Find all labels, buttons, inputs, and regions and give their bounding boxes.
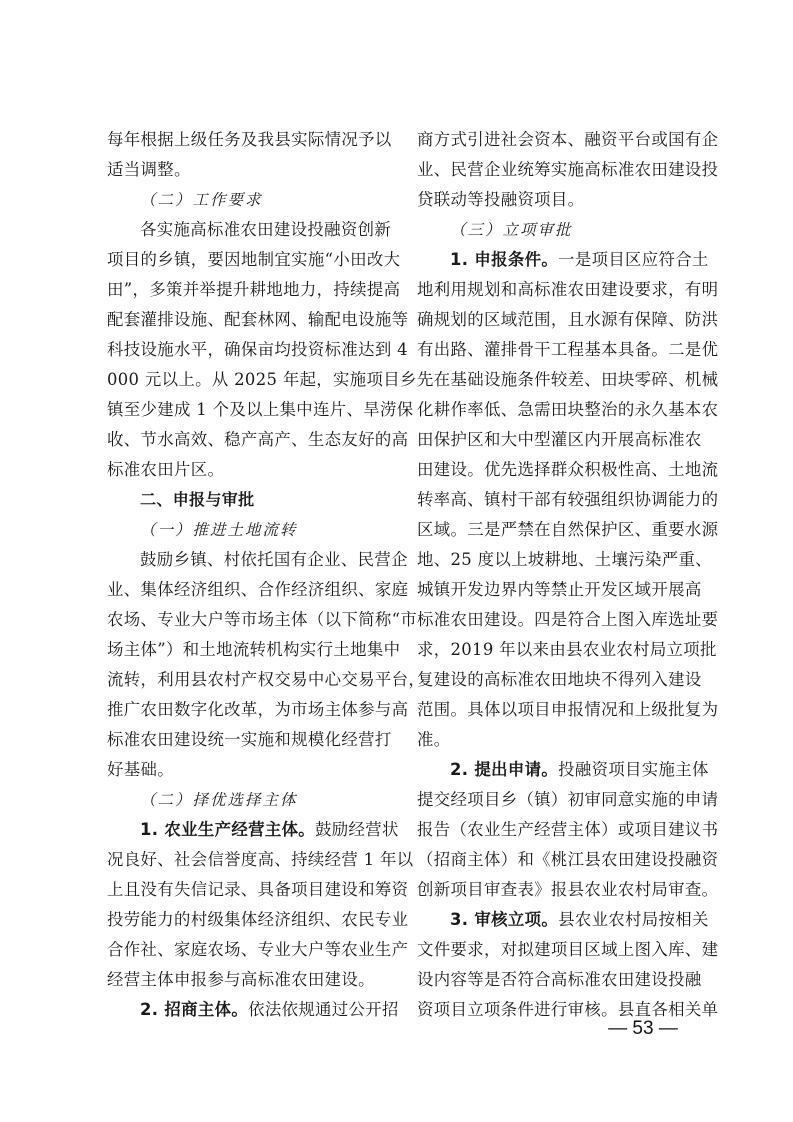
paragraph-line: 各实施高标准农田建设投融资创新 xyxy=(107,215,390,245)
paragraph-line: 镇至少建成 1 个及以上集中连片、旱涝保 xyxy=(107,395,390,425)
paragraph-line: 农场、专业大户等市场主体（以下简称“市 xyxy=(107,605,390,635)
paragraph-line: 田保护区和大中型灌区内开展高标准农 xyxy=(417,425,700,455)
paragraph-line: 化耕作率低、急需田块整治的永久基本农 xyxy=(417,395,700,425)
numbered-item-line: 3. 审核立项。县农业农村局按相关 xyxy=(417,905,700,935)
paragraph-line: 好基础。 xyxy=(107,755,390,785)
paragraph-line: （招商主体）和《桃江县农田建设投融资 xyxy=(417,845,700,875)
page-number: — 53 — xyxy=(608,1018,678,1040)
subsection-heading: （二）择优选择主体 xyxy=(107,785,390,815)
paragraph-line: 况良好、社会信誉度高、持续经营 1 年以 xyxy=(107,845,390,875)
subsection-heading: （二）工作要求 xyxy=(107,185,390,215)
paragraph-line: 贷联动等投融资项目。 xyxy=(417,185,700,215)
paragraph-line: 求，2019 年以来由县农业农村局立项批 xyxy=(417,635,700,665)
paragraph-line: 项目的乡镇，要因地制宜实施“小田改大 xyxy=(107,245,390,275)
document-page: 每年根据上级任务及我县实际情况予以适当调整。（二）工作要求各实施高标准农田建设投… xyxy=(0,0,793,1122)
numbered-item-line: 1. 农业生产经营主体。鼓励经营状 xyxy=(107,815,390,845)
item-text: 鼓励经营状 xyxy=(315,820,399,839)
paragraph-line: 场主体”）和土地流转机构实行土地集中 xyxy=(107,635,390,665)
paragraph-line: 复建设的高标准农田地块不得列入建设 xyxy=(417,665,700,695)
paragraph-line: 鼓励乡镇、村依托国有企业、民营企 xyxy=(107,545,390,575)
item-lead-title: 2. 提出申请。 xyxy=(450,760,558,779)
paragraph-line: 投劳能力的村级集体经济组织、农民专业 xyxy=(107,905,390,935)
paragraph-line: 业、集体经济组织、合作经济组织、家庭 xyxy=(107,575,390,605)
paragraph-line: 科技设施水平，确保亩均投资标准达到 4 xyxy=(107,335,390,365)
paragraph-line: 配套灌排设施、配套林网、输配电设施等 xyxy=(107,305,390,335)
paragraph-line: 田建设。优先选择群众积极性高、土地流 xyxy=(417,455,700,485)
item-lead-title: 2. 招商主体。 xyxy=(140,1000,248,1019)
paragraph-line: 确规划的区域范围，且水源有保障、防洪 xyxy=(417,305,700,335)
item-lead-title: 1. 申报条件。 xyxy=(450,250,558,269)
numbered-item-line: 2. 招商主体。依法依规通过公开招 xyxy=(107,995,390,1025)
item-text: 一是项目区应符合土 xyxy=(558,250,709,269)
numbered-item-line: 2. 提出申请。投融资项目实施主体 xyxy=(417,755,700,785)
paragraph-line: 转率高、镇村干部有较强组织协调能力的 xyxy=(417,485,700,515)
paragraph-line: 准。 xyxy=(417,725,700,755)
paragraph-line: 文件要求，对拟建项目区域上图入库、建 xyxy=(417,935,700,965)
paragraph-line: 报告（农业生产经营主体）或项目建议书 xyxy=(417,815,700,845)
paragraph-line: 标准农田建设。四是符合上图入库选址要 xyxy=(417,605,700,635)
paragraph-line: 业、民营企业统筹实施高标准农田建设投 xyxy=(417,155,700,185)
paragraph-line: 田”，多策并举提升耕地地力，持续提高 xyxy=(107,275,390,305)
subsection-heading: （三）立项审批 xyxy=(417,215,700,245)
paragraph-line: 地利用规划和高标准农田建设要求，有明 xyxy=(417,275,700,305)
paragraph-line: 000 元以上。从 2025 年起，实施项目乡 xyxy=(107,365,390,395)
paragraph-line: 流转，利用县农村产权交易中心交易平台， xyxy=(107,665,390,695)
paragraph-line: 收、节水高效、稳产高产、生态友好的高 xyxy=(107,425,390,455)
item-text: 依法依规通过公开招 xyxy=(248,1000,399,1019)
right-column: 商方式引进社会资本、融资平台或国有企业、民营企业统筹实施高标准农田建设投贷联动等… xyxy=(417,125,700,1025)
paragraph-line: 上且没有失信记录、具备项目建设和筹资 xyxy=(107,875,390,905)
subsection-heading: （一）推进土地流转 xyxy=(107,515,390,545)
paragraph-line: 有出路、灌排骨干工程基本具备。二是优 xyxy=(417,335,700,365)
paragraph-line: 合作社、家庭农场、专业大户等农业生产 xyxy=(107,935,390,965)
section-heading: 二、申报与审批 xyxy=(107,485,390,515)
paragraph-line: 标准农田建设统一实施和规模化经营打 xyxy=(107,725,390,755)
paragraph-line: 提交经项目乡（镇）初审同意实施的申请 xyxy=(417,785,700,815)
paragraph-line: 城镇开发边界内等禁止开发区域开展高 xyxy=(417,575,700,605)
paragraph-line: 设内容等是否符合高标准农田建设投融 xyxy=(417,965,700,995)
paragraph-line: 先在基础设施条件较差、田块零碎、机械 xyxy=(417,365,700,395)
item-lead-title: 3. 审核立项。 xyxy=(450,910,558,929)
paragraph-line: 范围。具体以项目申报情况和上级批复为 xyxy=(417,695,700,725)
paragraph-line: 创新项目审查表》报县农业农村局审查。 xyxy=(417,875,700,905)
paragraph-line: 每年根据上级任务及我县实际情况予以 xyxy=(107,125,390,155)
paragraph-line: 标准农田片区。 xyxy=(107,455,390,485)
paragraph-line: 经营主体申报参与高标准农田建设。 xyxy=(107,965,390,995)
item-lead-title: 1. 农业生产经营主体。 xyxy=(140,820,315,839)
left-column: 每年根据上级任务及我县实际情况予以适当调整。（二）工作要求各实施高标准农田建设投… xyxy=(107,125,390,1025)
item-text: 县农业农村局按相关 xyxy=(558,910,709,929)
paragraph-line: 推广农田数字化改革，为市场主体参与高 xyxy=(107,695,390,725)
paragraph-line: 区域。三是严禁在自然保护区、重要水源 xyxy=(417,515,700,545)
item-text: 投融资项目实施主体 xyxy=(558,760,709,779)
numbered-item-line: 1. 申报条件。一是项目区应符合土 xyxy=(417,245,700,275)
paragraph-line: 适当调整。 xyxy=(107,155,390,185)
paragraph-line: 地、25 度以上坡耕地、土壤污染严重、 xyxy=(417,545,700,575)
paragraph-line: 商方式引进社会资本、融资平台或国有企 xyxy=(417,125,700,155)
